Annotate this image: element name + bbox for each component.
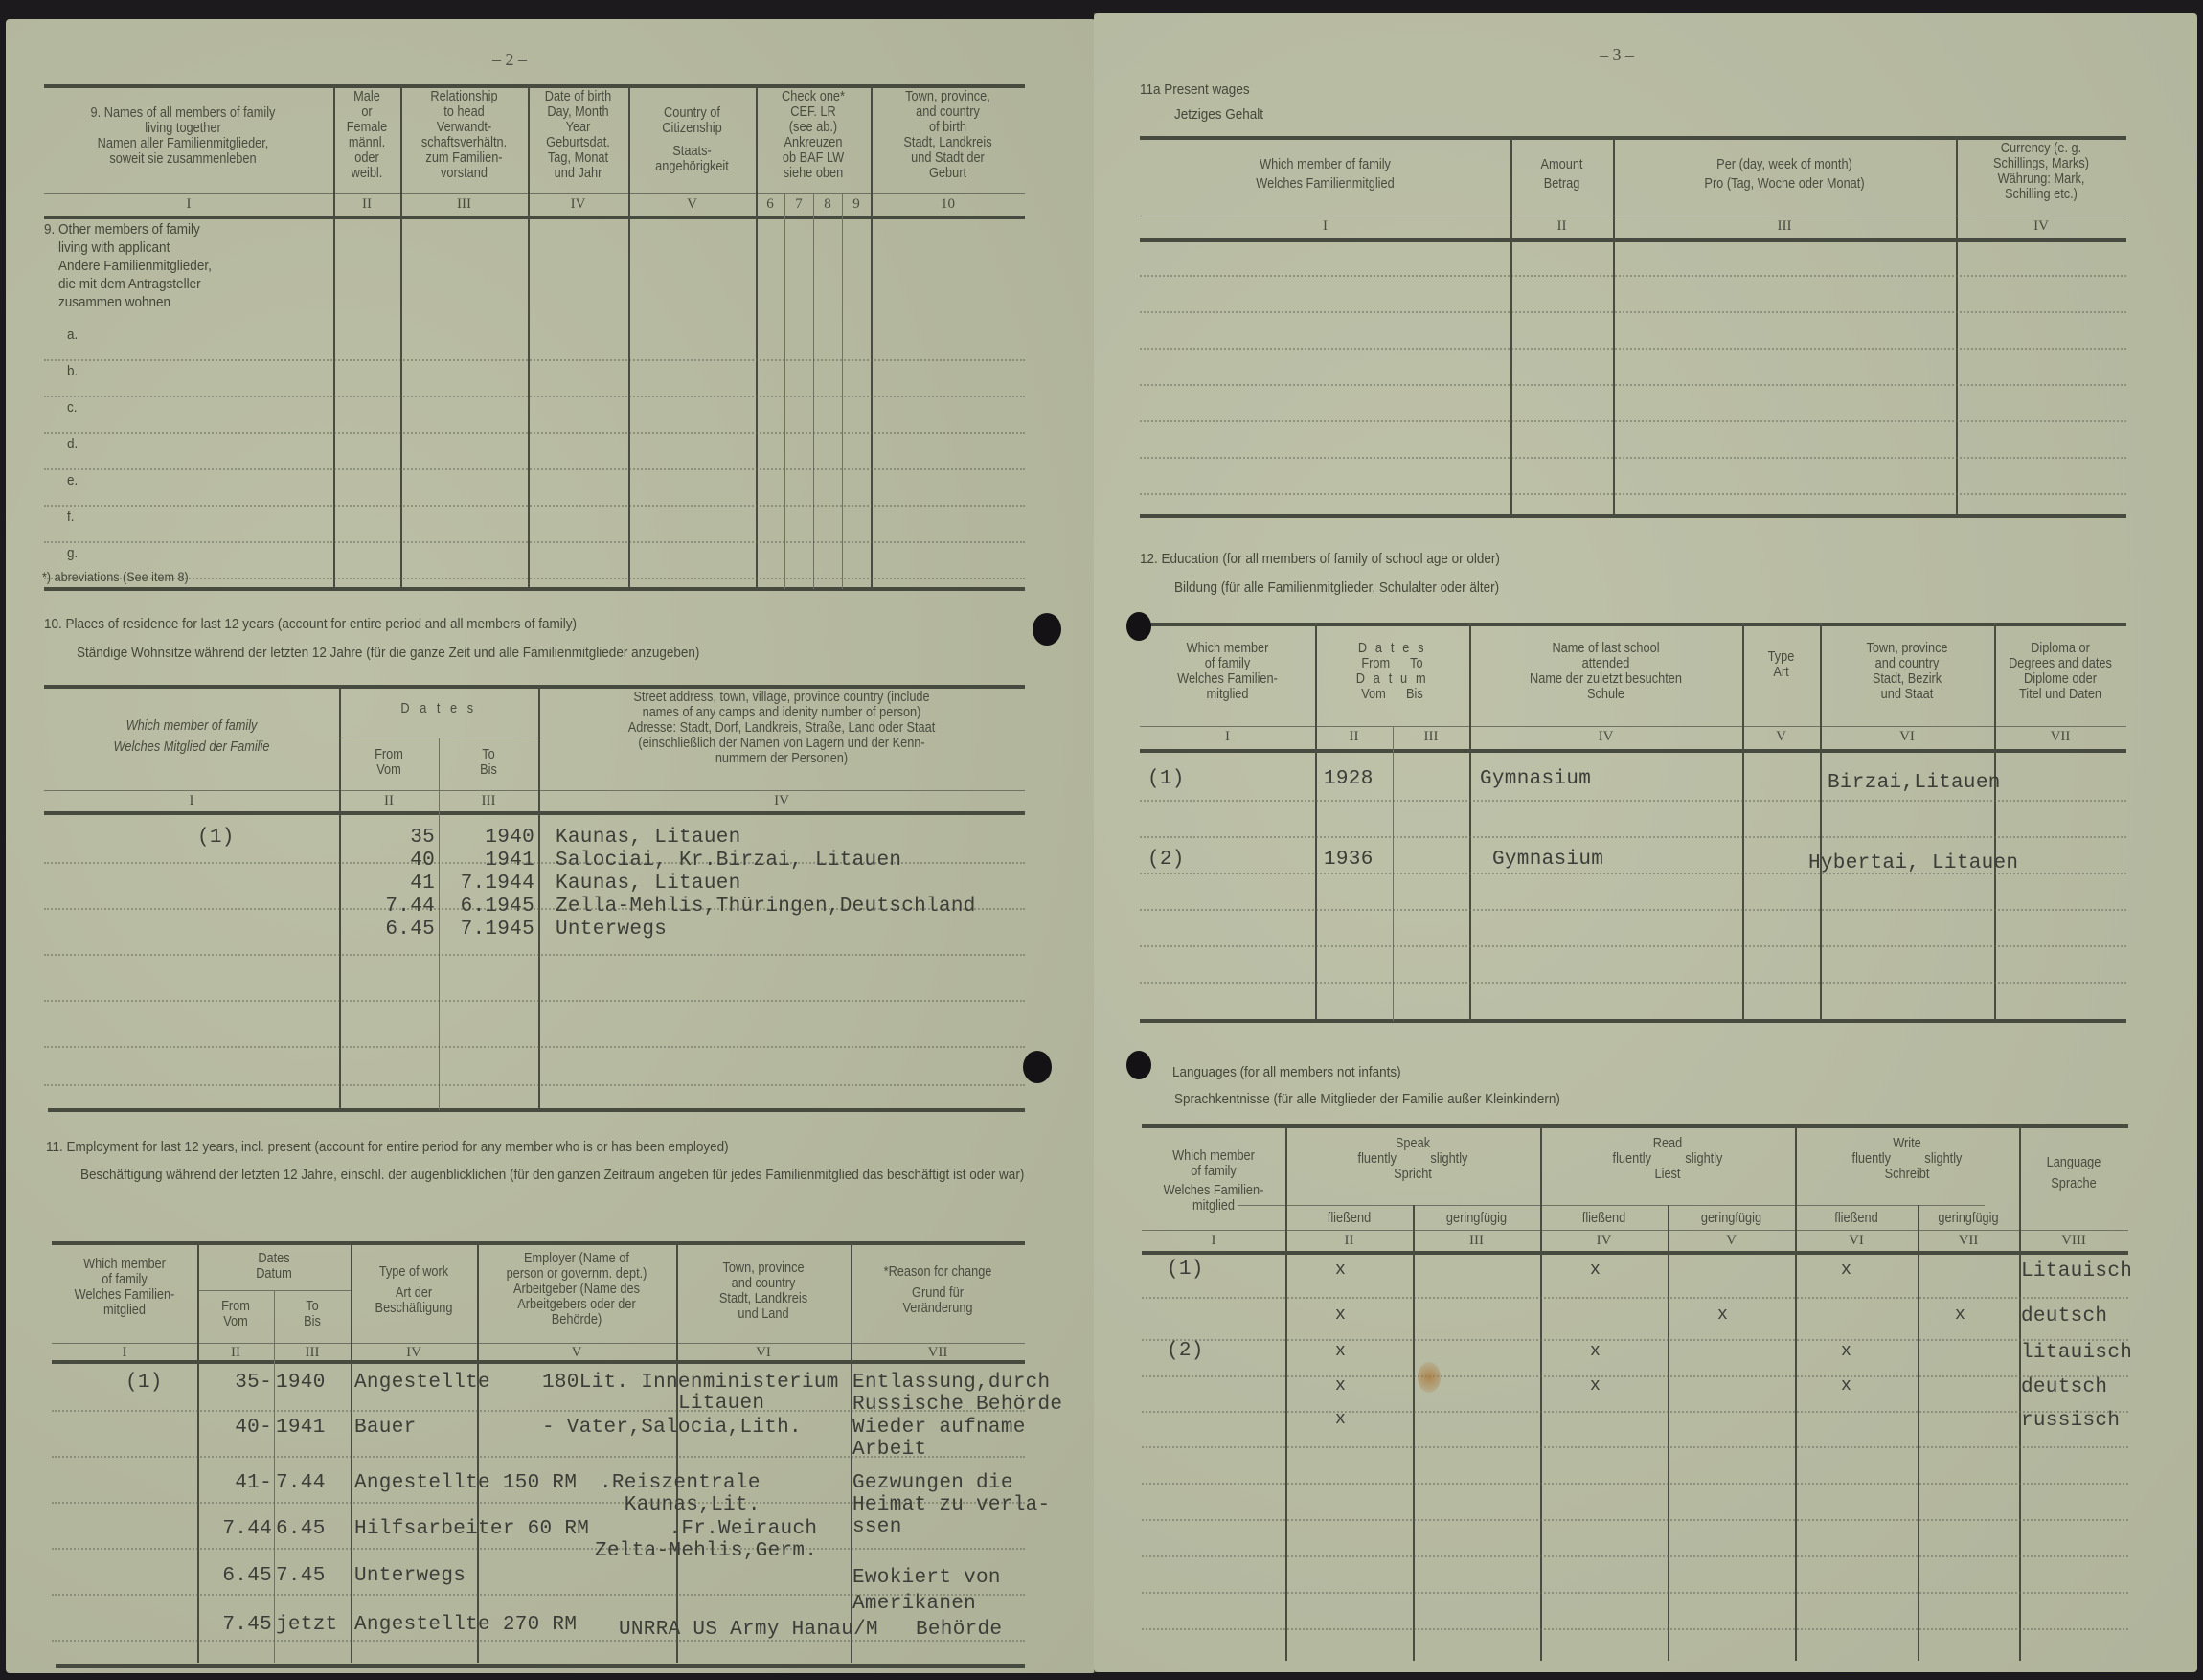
col-header-dates: D a t e sFrom ToD a t u mVom Bis	[1325, 641, 1461, 702]
col-header-read: Readfluently slightlyLiest	[1556, 1136, 1780, 1182]
checkmark-x: x	[1590, 1342, 1601, 1361]
section-10-title-de: Ständige Wohnsitze während der letzten 1…	[77, 644, 699, 662]
col-num: III	[439, 793, 538, 809]
col-num: VII	[1918, 1233, 2019, 1249]
page-number: – 2 –	[492, 50, 527, 70]
col-num: III	[1393, 729, 1469, 745]
col-num: III	[1413, 1233, 1540, 1249]
col-num: 8	[813, 196, 842, 213]
col-num: IV	[538, 793, 1025, 809]
col-num: IV	[351, 1345, 477, 1361]
checkmark-x: x	[1841, 1342, 1851, 1361]
col-num: 10	[871, 196, 1025, 213]
form-page-3: – 3 – 11a Present wages Jetziges Gehalt …	[1094, 13, 2197, 1672]
language-name: deutsch	[2021, 1376, 2107, 1398]
col-header-speak: Speakfluently slightlySpricht	[1301, 1136, 1525, 1182]
section-11-title-de: Beschäftigung während der letzten 12 Jah…	[80, 1167, 1055, 1184]
col-num: I	[44, 793, 339, 809]
col-header-member: Which memberof familyWelches Familien-mi…	[1150, 641, 1305, 702]
col-header-per: Per (day, week of month)Pro (Tag, Woche …	[1633, 157, 1935, 192]
subheader-fluent: fließend	[1803, 1211, 1911, 1226]
col-num: II	[1510, 218, 1613, 235]
col-header-from: FromVom	[202, 1299, 269, 1329]
col-header-employer: Employer (Name ofperson or governm. dept…	[488, 1251, 664, 1328]
col-header-town: Town, provinceand countryStadt, Landkrei…	[687, 1260, 840, 1322]
checkmark-x: x	[1841, 1260, 1851, 1280]
col-header-from: FromVom	[345, 747, 433, 778]
col-num: II	[339, 793, 439, 809]
checkmark-x: x	[1955, 1305, 1965, 1325]
col-header-sex: MaleorFemalemännl.oderweibl.	[337, 89, 397, 181]
col-header-dob: Date of birthDay, MonthYearGeburtsdat.Ta…	[534, 89, 622, 181]
page-number: – 3 –	[1600, 45, 1634, 65]
residence-member: (1)	[197, 827, 235, 849]
col-header-to: ToBis	[444, 747, 533, 778]
col-num: I	[52, 1345, 197, 1361]
col-header-language: LanguageSprache	[2026, 1155, 2122, 1192]
col-header-member: Which member of familyWelches Familienmi…	[1162, 157, 1488, 192]
col-header-member: Which memberof familyWelches Familien-mi…	[1150, 1148, 1277, 1214]
punch-hole	[1033, 613, 1061, 646]
subheader-fluent: fließend	[1293, 1211, 1405, 1226]
checkmark-x: x	[1590, 1260, 1601, 1280]
row-label-c: c.	[67, 398, 78, 417]
col-header-birthplace: Town, province,and countryof birthStadt,…	[880, 89, 1016, 181]
col-num: III	[274, 1345, 351, 1361]
col-header-to: ToBis	[279, 1299, 346, 1329]
section-12-title-de: Bildung (für alle Familienmitglieder, Sc…	[1174, 579, 1499, 597]
col-num: V	[1668, 1233, 1795, 1249]
col-header-dates: D a t e s	[351, 701, 526, 716]
col-header-type: Type of workArt derBeschäftigung	[358, 1264, 469, 1316]
col-header-check-one: Check one*CEF. LR(see ab.)Ankreuzenob BA…	[762, 89, 864, 181]
col-num: V	[628, 196, 756, 213]
row-label-f: f.	[67, 508, 75, 526]
language-name: deutsch	[2021, 1305, 2107, 1328]
row-label-g: g.	[67, 544, 78, 562]
col-header-address: Street address, town, village, province …	[567, 690, 995, 766]
punch-hole	[1126, 612, 1151, 641]
col-header-school: Name of last schoolattendedName der zule…	[1486, 641, 1726, 702]
row-label-b: b.	[67, 362, 78, 380]
paper-stain	[1418, 1362, 1441, 1393]
col-num: VI	[1795, 1233, 1918, 1249]
checkmark-x: x	[1335, 1410, 1346, 1429]
subheader-slight: geringfügig	[1420, 1211, 1533, 1226]
col-header-amount: AmountBetrag	[1516, 157, 1606, 192]
language-name: Litauisch	[2021, 1260, 2132, 1283]
col-header-member: Which member of familyWelches Mitglied d…	[61, 718, 321, 755]
col-num: I	[1140, 218, 1510, 235]
row-label-d: d.	[67, 435, 78, 453]
punch-hole	[1126, 1051, 1151, 1079]
col-num: VI	[1820, 729, 1994, 745]
col-header-dates: DatesDatum	[207, 1251, 342, 1282]
col-num: VI	[676, 1345, 851, 1361]
col-header-names: 9. Names of all members of familyliving …	[53, 105, 314, 167]
col-header-type: TypeArt	[1747, 649, 1815, 680]
col-num: II	[1315, 729, 1393, 745]
subheader-fluent: fließend	[1548, 1211, 1660, 1226]
checkmark-x: x	[1335, 1260, 1346, 1280]
section-11-title-en: 11. Employment for last 12 years, incl. …	[46, 1138, 729, 1156]
col-num: II	[1285, 1233, 1413, 1249]
section-11a-title-de: Jetziges Gehalt	[1174, 105, 1263, 124]
checkmark-x: x	[1590, 1376, 1601, 1396]
section-10-title-en: 10. Places of residence for last 12 year…	[44, 615, 577, 633]
section-13-title-de: Sprachkentnisse (für alle Mitglieder der…	[1174, 1090, 1560, 1108]
employment-member: (1)	[125, 1372, 163, 1394]
col-num: II	[333, 196, 400, 213]
subheader-slight: geringfügig	[1675, 1211, 1787, 1226]
col-num: V	[1742, 729, 1820, 745]
col-num: 6	[756, 196, 784, 213]
col-num: IV	[1956, 218, 2126, 235]
col-num: VII	[1994, 729, 2126, 745]
col-num: 9	[842, 196, 871, 213]
form-page-2: – 2 – 9. Names of all members of familyl…	[6, 19, 1096, 1673]
col-num: VIII	[2019, 1233, 2128, 1249]
col-num: I	[44, 196, 333, 213]
subheader-slight: geringfügig	[1923, 1211, 2012, 1226]
language-name: litauisch	[2021, 1342, 2132, 1364]
checkmark-x: x	[1335, 1342, 1346, 1361]
language-member: (2)	[1167, 1340, 1204, 1362]
col-header-town: Town, provinceand countryStadt, Bezirkun…	[1830, 641, 1984, 702]
section-13-title-en: Languages (for all members not infants)	[1172, 1063, 1401, 1081]
col-num: 7	[784, 196, 813, 213]
section-12-title-en: 12. Education (for all members of family…	[1140, 550, 1500, 568]
footnote-abbreviations: *) abreviations (See item 8)	[42, 568, 189, 586]
col-num: II	[197, 1345, 274, 1361]
language-member: (1)	[1167, 1259, 1204, 1281]
col-num: VII	[851, 1345, 1025, 1361]
col-num: V	[477, 1345, 676, 1361]
checkmark-x: x	[1335, 1376, 1346, 1396]
col-header-member: Which memberof familyWelches Familien-mi…	[60, 1257, 189, 1318]
section-11a-title-en: 11a Present wages	[1140, 80, 1250, 99]
col-header-citizenship: Country ofCitizenshipStaats-angehörigkei…	[636, 105, 748, 174]
row-label-a: a.	[67, 326, 78, 344]
col-num: III	[400, 196, 528, 213]
punch-hole	[1023, 1051, 1052, 1083]
row-label-e: e.	[67, 471, 78, 489]
checkmark-x: x	[1335, 1305, 1346, 1325]
checkmark-x: x	[1841, 1376, 1851, 1396]
col-header-currency: Currency (e. g.Schillings, Marks)Währung…	[1966, 141, 2117, 202]
col-num: III	[1613, 218, 1956, 235]
col-header-write: Writefluently slightlySchreibt	[1808, 1136, 2006, 1182]
col-header-reason: *Reason for changeGrund fürVeränderung	[861, 1264, 1014, 1316]
checkmark-x: x	[1717, 1305, 1728, 1325]
language-name: russisch	[2021, 1410, 2120, 1432]
col-num: I	[1142, 1233, 1285, 1249]
col-num: IV	[1540, 1233, 1668, 1249]
col-num: IV	[528, 196, 628, 213]
other-members-label: 9. Other members of family living with a…	[44, 220, 212, 311]
col-header-relationship: Relationshipto headVerwandt-schaftsverhä…	[408, 89, 520, 181]
col-num: IV	[1469, 729, 1742, 745]
col-header-diploma: Diploma orDegrees and datesDiplome oderT…	[2002, 641, 2118, 702]
col-num: I	[1140, 729, 1315, 745]
